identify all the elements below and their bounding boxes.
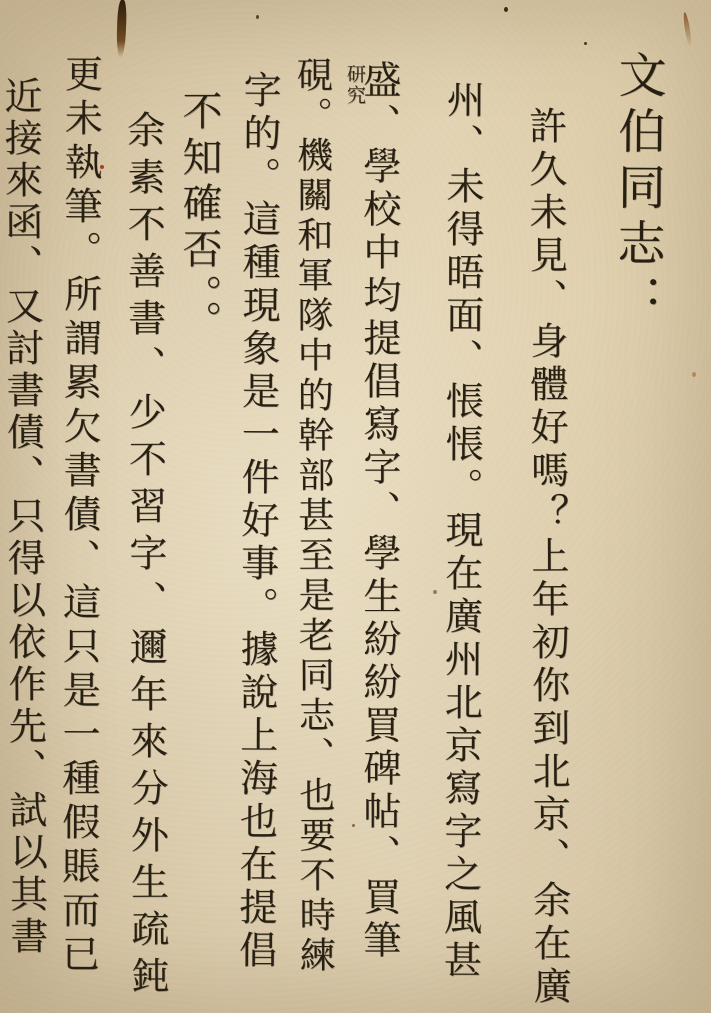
text-column-5: 硯。機關和軍隊中的幹部甚至是老同志、也要不時練 [292, 56, 333, 976]
text-column-10: 近接來函、又討書債、只得以依作先、試以其書 [0, 76, 45, 958]
paper-stain [352, 824, 355, 827]
edge-streak-stain [682, 12, 693, 48]
ink-speck [256, 15, 259, 19]
inserted-small-characters: 研究 [344, 64, 364, 106]
text-column-4: 盛、學校中均提倡寫字、學生紛紛買碑帖、買筆 [358, 60, 398, 963]
text-column-6: 字的。這種現象是一件好事。據說上海也在提倡 [234, 70, 279, 973]
text-column-7: 不知確否。。 [178, 90, 220, 346]
text-column-9: 更未執筆。所謂累欠書債、這只是一種假賬而已 [56, 54, 99, 978]
ink-speck [584, 42, 587, 45]
column-salutation: 文伯同志： [611, 50, 663, 330]
text-column-2: 許久未見、身體好嗎？上年初你到北京、余在廣 [524, 106, 569, 1009]
ink-speck [504, 7, 508, 12]
letter-page: 文伯同志： 許久未見、身體好嗎？上年初你到北京、余在廣 州、未得晤面、悵悵。現在… [0, 0, 711, 1013]
paper-stain [433, 590, 437, 594]
text-column-8: 余素不善書、少不習字、邇年來分外生疏鈍 [122, 110, 167, 1003]
paper-stain [692, 372, 696, 377]
text-column-3: 州、未得晤面、悵悵。現在廣州北京寫字之風甚 [438, 80, 481, 983]
ink-streak-stain [116, 0, 127, 58]
